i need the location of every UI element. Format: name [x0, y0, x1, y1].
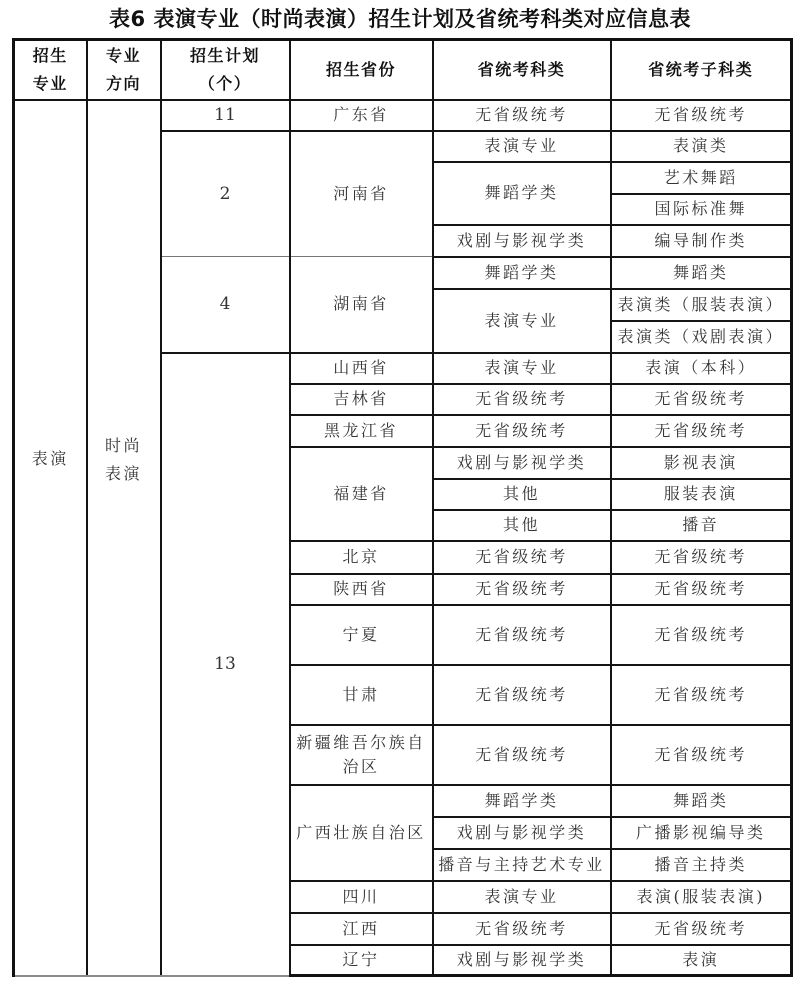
- exam-category: 舞蹈学类: [433, 257, 611, 289]
- province-name: 河南省: [290, 131, 433, 257]
- exam-category: 无省级统考: [433, 725, 611, 785]
- exam-category: 播音与主持艺术专业: [433, 849, 611, 881]
- exam-category: 戏剧与影视学类: [433, 817, 611, 849]
- province-name: 广东省: [290, 100, 433, 131]
- direction-cell: 时尚 表演: [87, 100, 161, 976]
- exam-subcategory: 表演类: [611, 131, 792, 162]
- province-name: 宁夏: [290, 605, 433, 665]
- header-subcategory: 省统考子科类: [611, 40, 792, 100]
- exam-subcategory: 表演类（戏剧表演）: [611, 321, 792, 353]
- exam-subcategory: 表演类（服装表演）: [611, 289, 792, 321]
- exam-category: 无省级统考: [433, 665, 611, 725]
- exam-category: 无省级统考: [433, 605, 611, 665]
- exam-subcategory: 艺术舞蹈: [611, 162, 792, 194]
- province-name: 甘肃: [290, 665, 433, 725]
- exam-category: 戏剧与影视学类: [433, 225, 611, 257]
- exam-category: 表演专业: [433, 881, 611, 913]
- exam-subcategory: 无省级统考: [611, 725, 792, 785]
- table-title: 表6 表演专业（时尚表演）招生计划及省统考科类对应信息表: [0, 3, 800, 35]
- province-name: 山西省: [290, 353, 433, 384]
- exam-subcategory: 舞蹈类: [611, 257, 792, 289]
- exam-category: 无省级统考: [433, 384, 611, 415]
- exam-category: 表演专业: [433, 131, 611, 162]
- exam-subcategory: 表演(服装表演): [611, 881, 792, 913]
- exam-subcategory: 无省级统考: [611, 415, 792, 447]
- province-name: 新疆维吾尔族自治区: [290, 725, 433, 785]
- header-row: 招生 专业 专业 方向 招生计划 （个） 招生省份 省统考科类 省统考子科类: [14, 40, 792, 100]
- exam-subcategory: 影视表演: [611, 447, 792, 479]
- plan-count: 2: [161, 131, 290, 257]
- exam-category: 其他: [433, 510, 611, 541]
- exam-subcategory: 广播影视编导类: [611, 817, 792, 849]
- major-cell: 表演: [14, 100, 87, 976]
- header-plan: 招生计划 （个）: [161, 40, 290, 100]
- province-name: 黑龙江省: [290, 415, 433, 447]
- exam-category: 无省级统考: [433, 913, 611, 945]
- exam-subcategory: 编导制作类: [611, 225, 792, 257]
- exam-subcategory: 表演（本科）: [611, 353, 792, 384]
- exam-subcategory: 表演: [611, 945, 792, 976]
- exam-category: 舞蹈学类: [433, 785, 611, 817]
- exam-category: 其他: [433, 479, 611, 510]
- exam-subcategory: 无省级统考: [611, 605, 792, 665]
- province-name: 吉林省: [290, 384, 433, 415]
- province-name: 湖南省: [290, 257, 433, 353]
- exam-subcategory: 无省级统考: [611, 665, 792, 725]
- province-name: 陕西省: [290, 574, 433, 605]
- exam-subcategory: 无省级统考: [611, 384, 792, 415]
- exam-subcategory: 无省级统考: [611, 100, 792, 131]
- plan-count: 11: [161, 100, 290, 131]
- province-name: 四川: [290, 881, 433, 913]
- table-row: 表演 时尚 表演 11 广东省 无省级统考 无省级统考: [14, 100, 792, 131]
- exam-category: 戏剧与影视学类: [433, 447, 611, 479]
- province-name: 江西: [290, 913, 433, 945]
- exam-subcategory: 无省级统考: [611, 541, 792, 574]
- province-name: 福建省: [290, 447, 433, 541]
- exam-category: 无省级统考: [433, 541, 611, 574]
- exam-category: 舞蹈学类: [433, 162, 611, 225]
- exam-category: 表演专业: [433, 353, 611, 384]
- exam-category: 戏剧与影视学类: [433, 945, 611, 976]
- plan-count: 13: [161, 353, 290, 976]
- exam-subcategory: 无省级统考: [611, 913, 792, 945]
- province-name: 北京: [290, 541, 433, 574]
- header-direction: 专业 方向: [87, 40, 161, 100]
- province-name: 辽宁: [290, 945, 433, 976]
- province-name: 广西壮族自治区: [290, 785, 433, 881]
- header-major: 招生 专业: [14, 40, 87, 100]
- exam-subcategory: 播音主持类: [611, 849, 792, 881]
- exam-category: 无省级统考: [433, 574, 611, 605]
- plan-count: 4: [161, 257, 290, 353]
- exam-subcategory: 国际标准舞: [611, 194, 792, 225]
- enrollment-info-table: 招生 专业 专业 方向 招生计划 （个） 招生省份 省统考科类 省统考子科类 表…: [12, 38, 793, 977]
- exam-category: 表演专业: [433, 289, 611, 353]
- exam-subcategory: 服装表演: [611, 479, 792, 510]
- exam-category: 无省级统考: [433, 415, 611, 447]
- header-category: 省统考科类: [433, 40, 611, 100]
- exam-subcategory: 播音: [611, 510, 792, 541]
- exam-subcategory: 舞蹈类: [611, 785, 792, 817]
- exam-category: 无省级统考: [433, 100, 611, 131]
- header-province: 招生省份: [290, 40, 433, 100]
- exam-subcategory: 无省级统考: [611, 574, 792, 605]
